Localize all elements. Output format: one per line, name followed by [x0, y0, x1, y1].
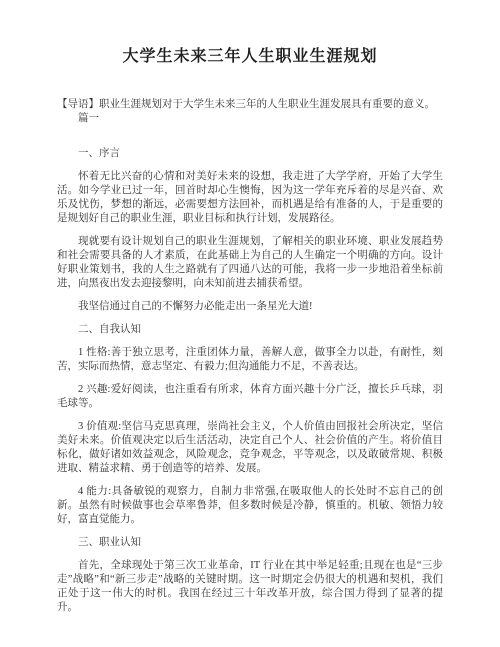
- paragraph: 4 能力:具备敏锐的观察力，自制力非常强,在吸取他人的长处时不忘自己的创新。虽然…: [57, 485, 443, 527]
- lead-paragraph: 【导语】职业生涯规划对于大学生未来三年的人生职业生涯发展具有重要的意义。: [57, 98, 443, 112]
- paragraph: 3 价值观:坚信马克思真理，崇尚社会主义，个人价值由回报社会所决定，坚信美好未来…: [57, 420, 443, 476]
- section-heading-self-cognition: 二、自我认知: [57, 323, 443, 337]
- part-label: 篇一: [57, 112, 443, 126]
- document-title: 大学生未来三年人生职业生涯规划: [0, 0, 500, 68]
- paragraph: 现就要有设计规划自己的职业生涯规划，了解相关的职业环境、职业发展趋势和社会需要具…: [57, 235, 443, 291]
- paragraph: 首先，全球现处于第三次工业革命，IT 行业在其中举足轻重;且现在也是“三步走”战…: [57, 559, 443, 615]
- section-heading-preface: 一、序言: [57, 147, 443, 161]
- document-page: 大学生未来三年人生职业生涯规划 【导语】职业生涯规划对于大学生未来三年的人生职业…: [0, 0, 500, 647]
- paragraph: 2 兴趣:爱好阅读，也注重看有所求，体育方面兴趣十分广泛，擅长乒乓球，羽毛球等。: [57, 383, 443, 411]
- section-heading-career-cognition: 三、职业认知: [57, 536, 443, 550]
- paragraph: 1 性格:善于独立思考，注重团体力量，善解人意，做事全力以赴，有耐性，刻苦，实际…: [57, 346, 443, 374]
- document-body: 【导语】职业生涯规划对于大学生未来三年的人生职业生涯发展具有重要的意义。 篇一 …: [0, 68, 500, 615]
- paragraph: 我坚信通过自己的不懈努力必能走出一条星光大道!: [57, 300, 443, 314]
- paragraph: 怀着无比兴奋的心情和对美好未来的设想，我走进了大学学府，开始了大学生活。如今学业…: [57, 170, 443, 226]
